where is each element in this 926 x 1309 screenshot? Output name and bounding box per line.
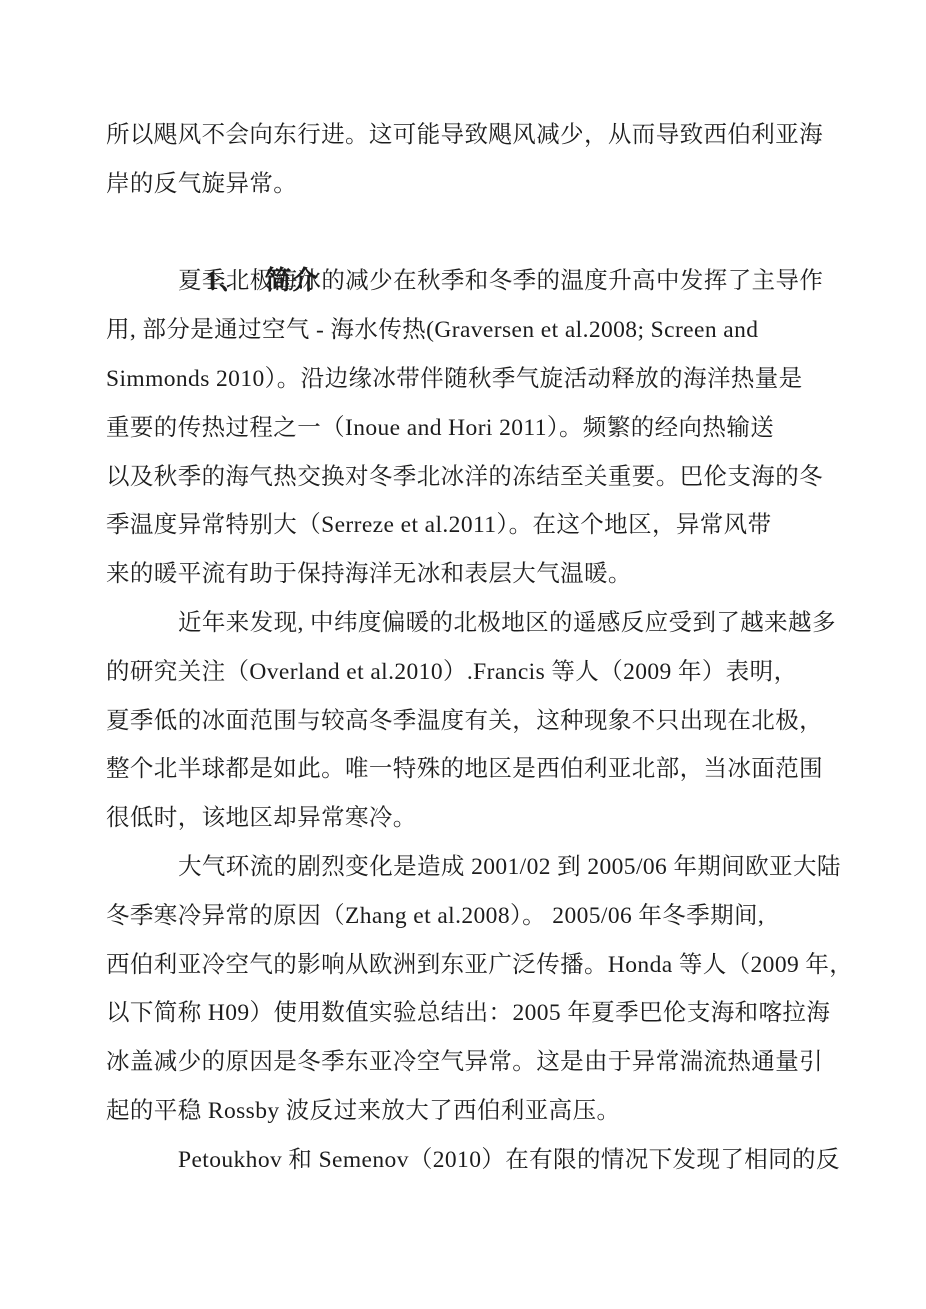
text-line: 季温度异常特别大（Serreze et al.2011）。在这个地区，异常风带 bbox=[106, 501, 830, 550]
text-line: 所以飓风不会向东行进。这可能导致飓风减少，从而导致西伯利亚海 bbox=[106, 111, 830, 160]
text-line: 的研究关注（Overland et al.2010）.Francis 等人（20… bbox=[106, 648, 830, 697]
text-line: 很低时，该地区却异常寒冷。 bbox=[106, 794, 830, 843]
text-line: 来的暖平流有助于保持海洋无冰和表层大气温暖。 bbox=[106, 550, 830, 599]
text-line: 冰盖减少的原因是冬季东亚冷空气异常。这是由于异常湍流热通量引 bbox=[106, 1038, 830, 1087]
text-line: 重要的传热过程之一（Inoue and Hori 2011）。频繁的经向热输送 bbox=[106, 404, 830, 453]
document-page: 所以飓风不会向东行进。这可能导致飓风减少，从而导致西伯利亚海 岸的反气旋异常。 … bbox=[0, 0, 926, 1309]
text-line: 近年来发现, 中纬度偏暖的北极地区的遥感反应受到了越来越多 bbox=[106, 599, 830, 648]
text-line: 冬季寒冷异常的原因（Zhang et al.2008）。 2005/06 年冬季… bbox=[106, 892, 830, 941]
text-line: 起的平稳 Rossby 波反过来放大了西伯利亚高压。 bbox=[106, 1087, 830, 1136]
text-line: 整个北半球都是如此。唯一特殊的地区是西伯利亚北部，当冰面范围 bbox=[106, 745, 830, 794]
text-line: 西伯利亚冷空气的影响从欧洲到东亚广泛传播。Honda 等人（2009 年， bbox=[106, 941, 830, 990]
text-line: Simmonds 2010）。沿边缘冰带伴随秋季气旋活动释放的海洋热量是 bbox=[106, 355, 830, 404]
text-line: 以及秋季的海气热交换对冬季北冰洋的冻结至关重要。巴伦支海的冬 bbox=[106, 453, 830, 502]
text-line: 用, 部分是通过空气 - 海水传热(Graversen et al.2008; … bbox=[106, 306, 830, 355]
text-line: 夏季北极海冰的减少在秋季和冬季的温度升高中发挥了主导作 bbox=[106, 257, 830, 306]
text-line: 夏季低的冰面范围与较高冬季温度有关，这种现象不只出现在北极， bbox=[106, 697, 830, 746]
text-line: Petoukhov 和 Semenov（2010）在有限的情况下发现了相同的反 bbox=[106, 1136, 830, 1185]
section-heading: 1、简介 bbox=[106, 209, 830, 258]
text-line: 以下简称 H09）使用数值实验总结出：2005 年夏季巴伦支海和喀拉海 bbox=[106, 989, 830, 1038]
text-line: 岸的反气旋异常。 bbox=[106, 160, 830, 209]
text-line: 大气环流的剧烈变化是造成 2001/02 到 2005/06 年期间欧亚大陆 bbox=[106, 843, 830, 892]
